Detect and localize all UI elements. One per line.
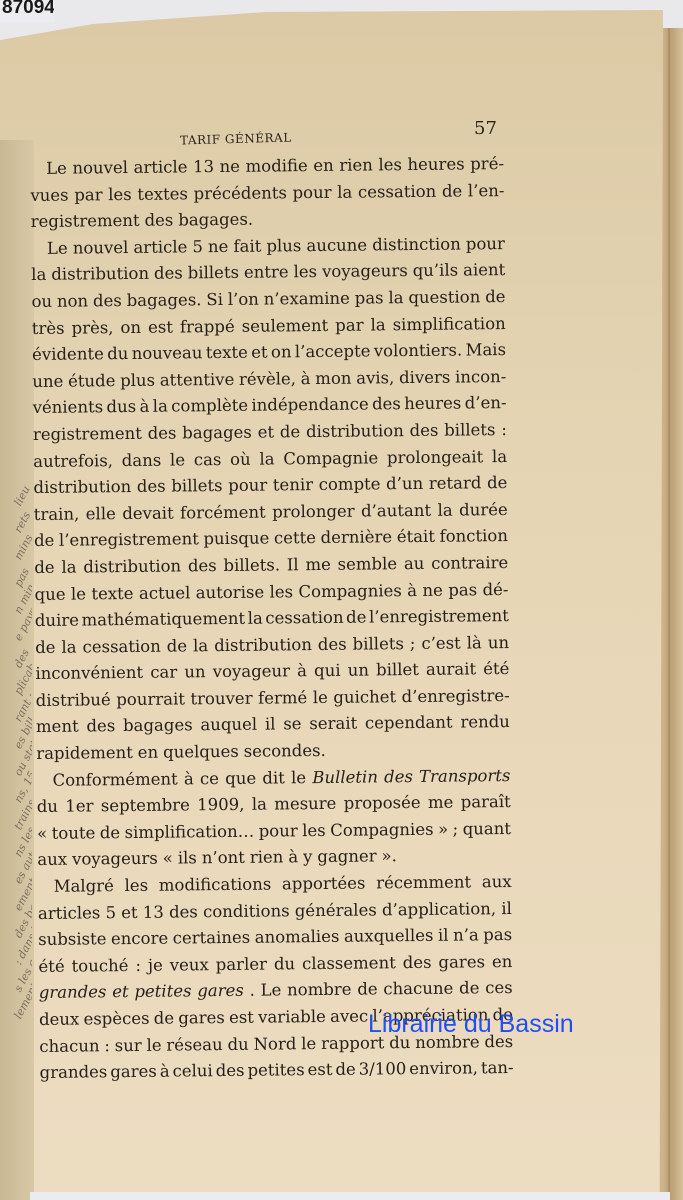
facing-page-text: lieuretsminspasn mine paysdesplicabrant …	[0, 480, 32, 1040]
facing-fragment: mins	[8, 530, 32, 563]
background-strip	[30, 1192, 670, 1200]
text-line: mentdesbagagesauquelilseseraitcependantr…	[36, 709, 510, 741]
text-line: vuesparlestextesprécédentspourlacessatio…	[30, 178, 504, 210]
stock-number-label: 87094	[0, 0, 54, 22]
body-text: Lenouvelarticle13nemodifieenrienlesheure…	[30, 151, 514, 1087]
text-line: «toutedesimplification…pourlesCompagnies…	[37, 816, 511, 848]
text-line: grandesgaresàceluidespetitesestde3/100en…	[39, 1055, 513, 1087]
facing-fragment: lieu	[8, 482, 32, 510]
page-number: 57	[474, 118, 497, 139]
watermark: Librairie du Bassin	[368, 1010, 574, 1039]
running-title: TARIF GÉNÉRAL	[180, 131, 292, 148]
text-line: train,elledevaitforcémentprolongerd’auta…	[34, 497, 508, 529]
